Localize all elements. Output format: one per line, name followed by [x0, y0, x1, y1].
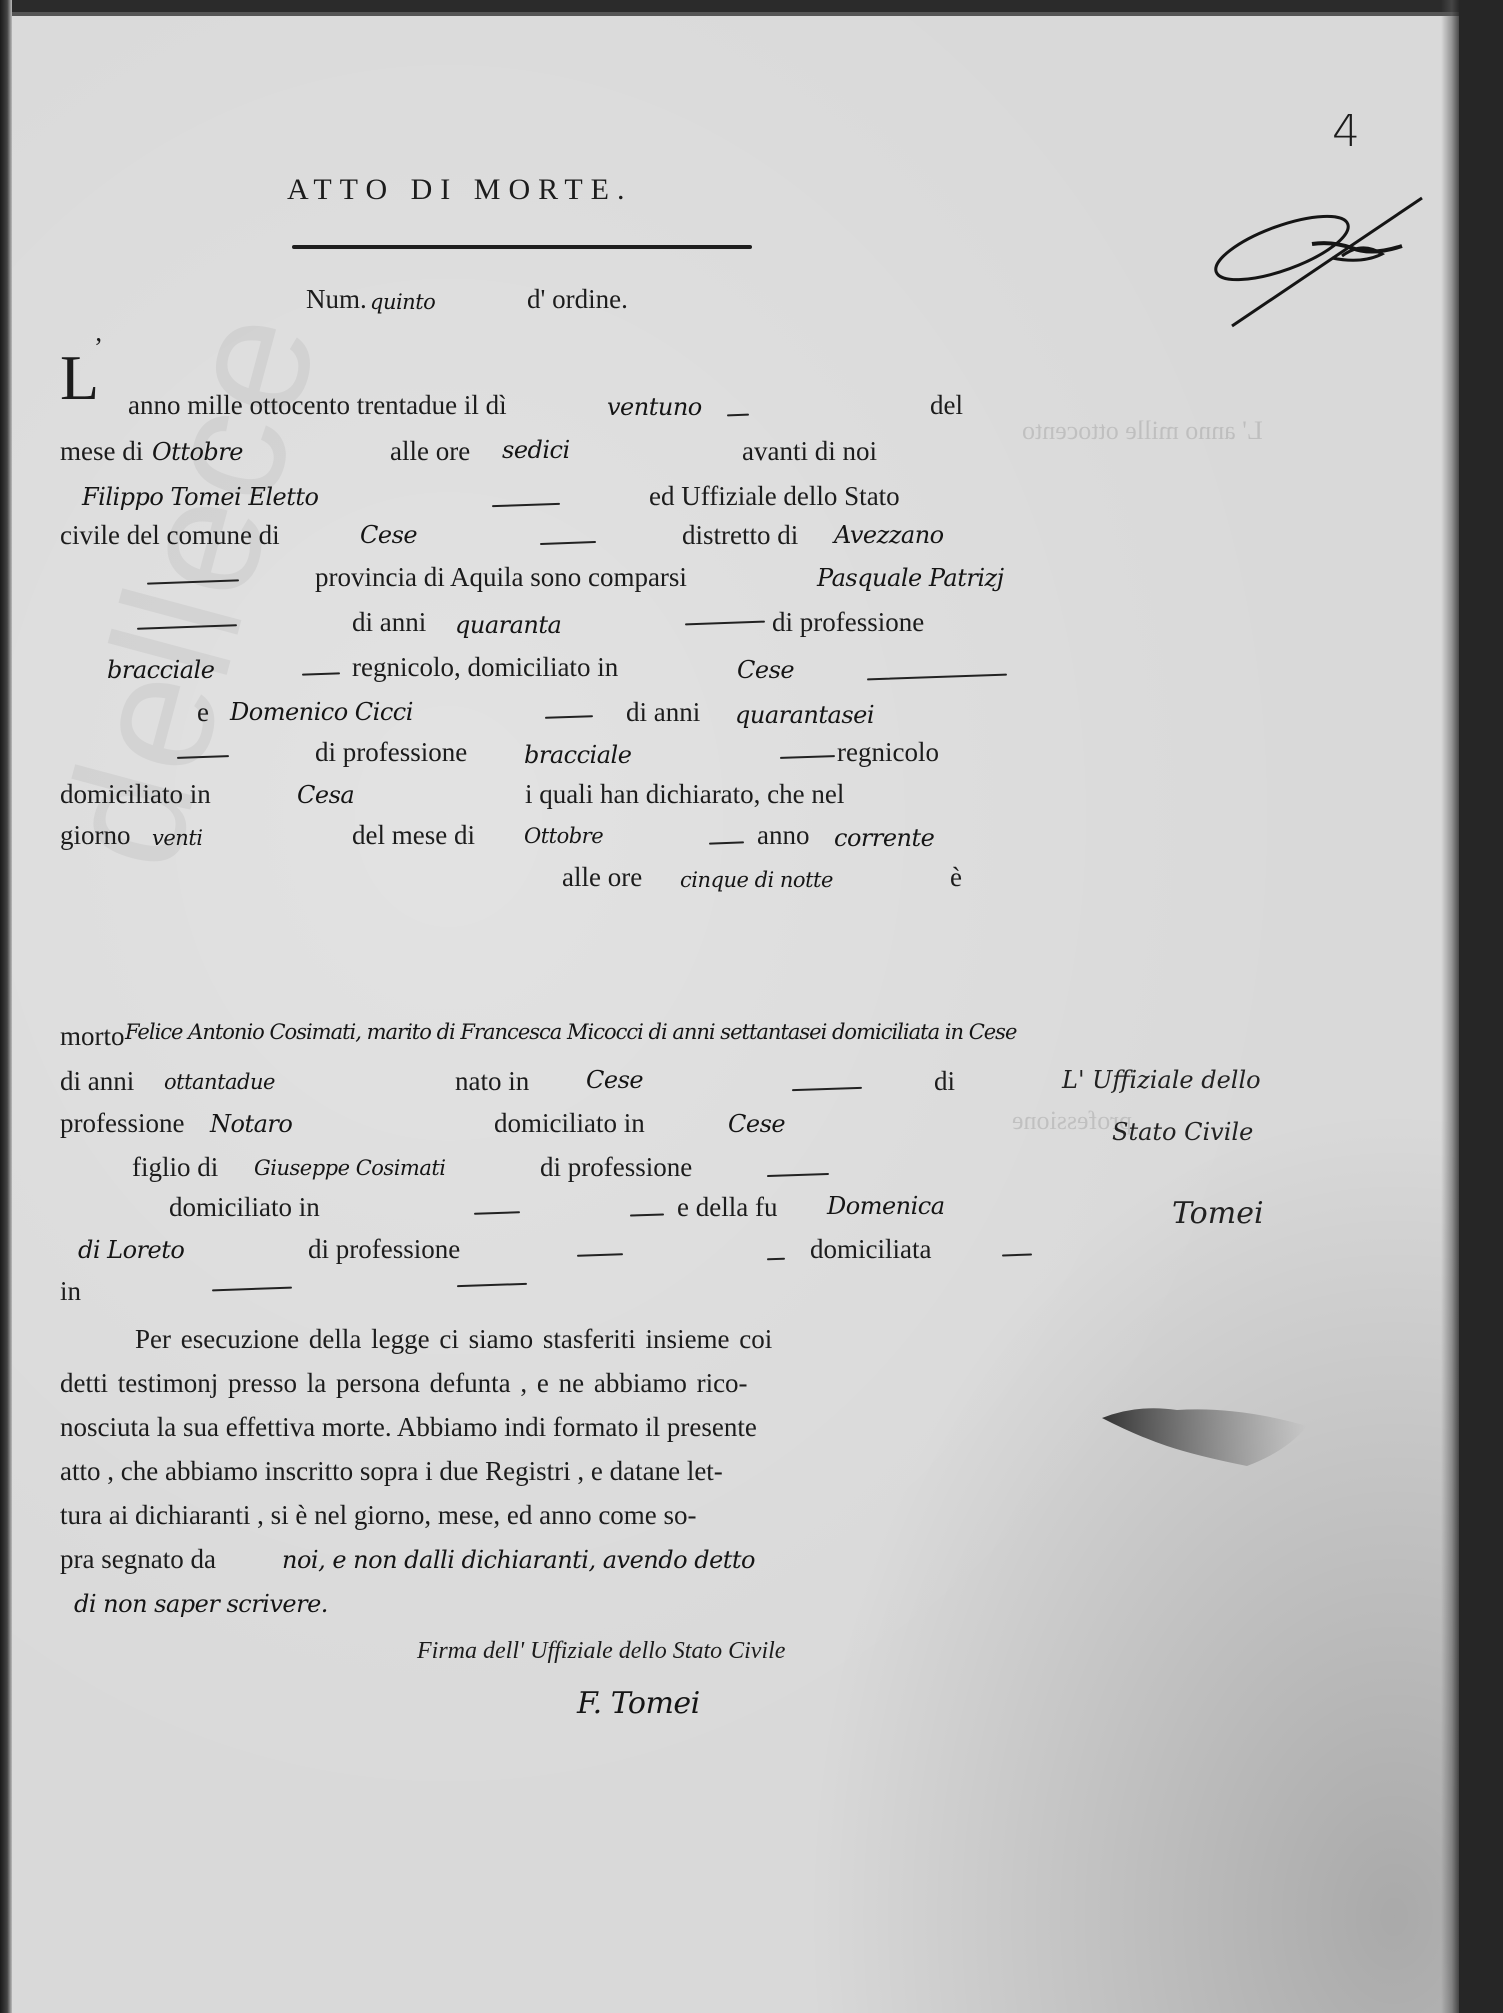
apostrophe: ’	[94, 334, 103, 361]
record-number: quinto	[370, 290, 435, 314]
closing-line-2: detti testimonj presso la persona defunt…	[60, 1370, 748, 1397]
blank-line	[545, 715, 593, 719]
intro-line8-end: di anni	[626, 699, 700, 726]
blank-line	[457, 1283, 527, 1287]
field-witness2-age: quarantasei	[735, 701, 874, 729]
deceased-line3-mid: domiciliato in	[494, 1110, 645, 1137]
field-death-hour: cinque di notte	[680, 868, 833, 892]
deceased-line2-end: di	[934, 1068, 955, 1095]
blank-line	[792, 1087, 862, 1091]
blank-line	[630, 1213, 664, 1216]
deceased-line5: domiciliato in	[169, 1194, 320, 1221]
intro-line5: provincia di Aquila sono comparsi	[315, 564, 687, 591]
intro-line7: regnicolo, domiciliato in	[352, 654, 618, 681]
field-death-year: corrente	[834, 824, 934, 852]
blank-line	[302, 672, 340, 675]
scan-background	[1459, 0, 1503, 2013]
closing-line-1: Per esecuzione della legge ci siamo stas…	[135, 1326, 772, 1353]
field-witness1-domicile: Cese	[737, 656, 794, 684]
field-distretto: Avezzano	[834, 521, 944, 549]
field-deceased-profession: Notaro	[210, 1110, 292, 1138]
blank-line	[727, 414, 749, 417]
field-witness1-age: quaranta	[455, 611, 561, 639]
deceased-line2: di anni	[60, 1068, 134, 1095]
blank-line	[540, 541, 596, 545]
document-title: ATTO DI MORTE.	[287, 173, 632, 207]
blank-line	[767, 1258, 785, 1261]
page-edge	[1441, 0, 1459, 2013]
deceased-line4: figlio di	[132, 1154, 218, 1181]
intro-line6: di anni	[352, 609, 426, 636]
field-month: Ottobre	[152, 438, 243, 466]
closing-handwritten-2: di non saper scrivere.	[74, 1590, 328, 1618]
field-father: Giuseppe Cosimati	[254, 1156, 446, 1180]
blank-line	[212, 1287, 292, 1292]
intro-line1-end: del	[930, 392, 963, 419]
field-mother-last: di Loreto	[78, 1236, 184, 1264]
field-witness2-profession: bracciale	[524, 741, 631, 769]
deceased-line7: in	[60, 1278, 81, 1305]
intro-line11: giorno	[60, 822, 131, 849]
page-number: 4	[1332, 106, 1360, 157]
intro-line9-end: regnicolo	[837, 739, 939, 766]
deceased-line6-mid: di professione	[308, 1236, 460, 1263]
title-underline	[292, 245, 752, 249]
closing-line-4: atto , che abbiamo inscritto sopra i due…	[60, 1458, 723, 1485]
blank-line	[780, 755, 835, 759]
blank-line	[474, 1211, 520, 1215]
field-witness2-domicile: Cesa	[297, 781, 354, 809]
intro-line1: anno mille ottocento trentadue il dì	[128, 392, 507, 419]
margin-note-line1: L' Uffiziale dello	[1062, 1066, 1261, 1094]
blank-line	[867, 674, 1007, 681]
margin-signature: Tomei	[1172, 1196, 1264, 1231]
field-witness2-name: Domenico Cicci	[230, 698, 413, 726]
intro-line4-end: distretto di	[682, 522, 798, 549]
closing-handwritten-1: noi, e non dalli dichiaranti, avendo det…	[282, 1546, 755, 1574]
signature-label: Firma dell' Uffiziale dello Stato Civile	[417, 1638, 785, 1665]
intro-line2-mid: alle ore	[390, 438, 470, 465]
field-witness1-profession: bracciale	[107, 656, 214, 684]
deceased-line6-end: domiciliata	[810, 1236, 931, 1263]
book-binding-edge	[0, 0, 12, 2013]
document-page: dellece L' anno mille ottocento professi…	[12, 12, 1467, 2013]
closing-line-3: nosciuta la sua effettiva morte. Abbiamo…	[60, 1414, 757, 1441]
deceased-line3: professione	[60, 1110, 184, 1137]
field-hour: sedici	[502, 436, 570, 464]
field-officer: Filippo Tomei Eletto	[82, 483, 318, 511]
closing-line-6: pra segnato da	[60, 1546, 216, 1573]
deceased-line2-mid: nato in	[455, 1068, 529, 1095]
intro-line11-anno: anno	[757, 822, 809, 849]
officer-signature: F. Tomei	[577, 1686, 700, 1721]
corner-initials-flourish	[1202, 186, 1442, 336]
bleed-through-text: L' anno mille ottocento	[1022, 416, 1263, 446]
intro-line10-end: i quali han dichiarato, che nel	[525, 781, 844, 808]
field-deceased-domicile: Cese	[728, 1110, 785, 1138]
field-death-day: venti	[152, 826, 202, 850]
blank-line	[492, 503, 560, 507]
intro-line12: alle ore	[562, 864, 642, 891]
field-deceased-age: ottantadue	[164, 1070, 275, 1094]
intro-line11-mid: del mese di	[352, 822, 475, 849]
blank-line	[767, 1173, 829, 1177]
field-witness1-name: Pasquale Patrizj	[817, 564, 1004, 592]
field-mother-first: Domenica	[827, 1192, 945, 1220]
intro-line10: domiciliato in	[60, 781, 211, 808]
field-deceased-birthplace: Cese	[586, 1066, 643, 1094]
ink-smudge	[1097, 1396, 1337, 1486]
field-comune: Cese	[360, 521, 417, 549]
intro-line8-prefix: e	[197, 699, 209, 726]
deceased-line4-end: di professione	[540, 1154, 692, 1181]
blank-line	[577, 1253, 623, 1257]
field-death-month: Ottobre	[524, 824, 603, 848]
intro-line2-end: avanti di noi	[742, 438, 877, 465]
intro-line6-end: di professione	[772, 609, 924, 636]
blank-line	[709, 841, 744, 844]
deceased-line1: morto	[60, 1023, 125, 1050]
intro-line9: di professione	[315, 739, 467, 766]
deceased-line5-mid: e della fu	[677, 1194, 777, 1221]
intro-line4: civile del comune di	[60, 522, 280, 549]
intro-line3-end: ed Uffiziale dello Stato	[649, 483, 900, 510]
number-prefix: Num.	[306, 286, 367, 313]
field-day: ventuno	[607, 393, 702, 421]
intro-line12-end: è	[950, 864, 962, 891]
number-suffix: d' ordine.	[527, 286, 628, 313]
field-deceased-details: Felice Antonio Cosimati, marito di Franc…	[125, 1020, 1016, 1044]
blank-line	[1002, 1253, 1032, 1256]
intro-line2: mese di	[60, 438, 143, 465]
closing-line-5: tura ai dichiaranti , si è nel giorno, m…	[60, 1502, 697, 1529]
blank-line	[685, 621, 765, 626]
margin-note-line2: Stato Civile	[1112, 1118, 1253, 1146]
